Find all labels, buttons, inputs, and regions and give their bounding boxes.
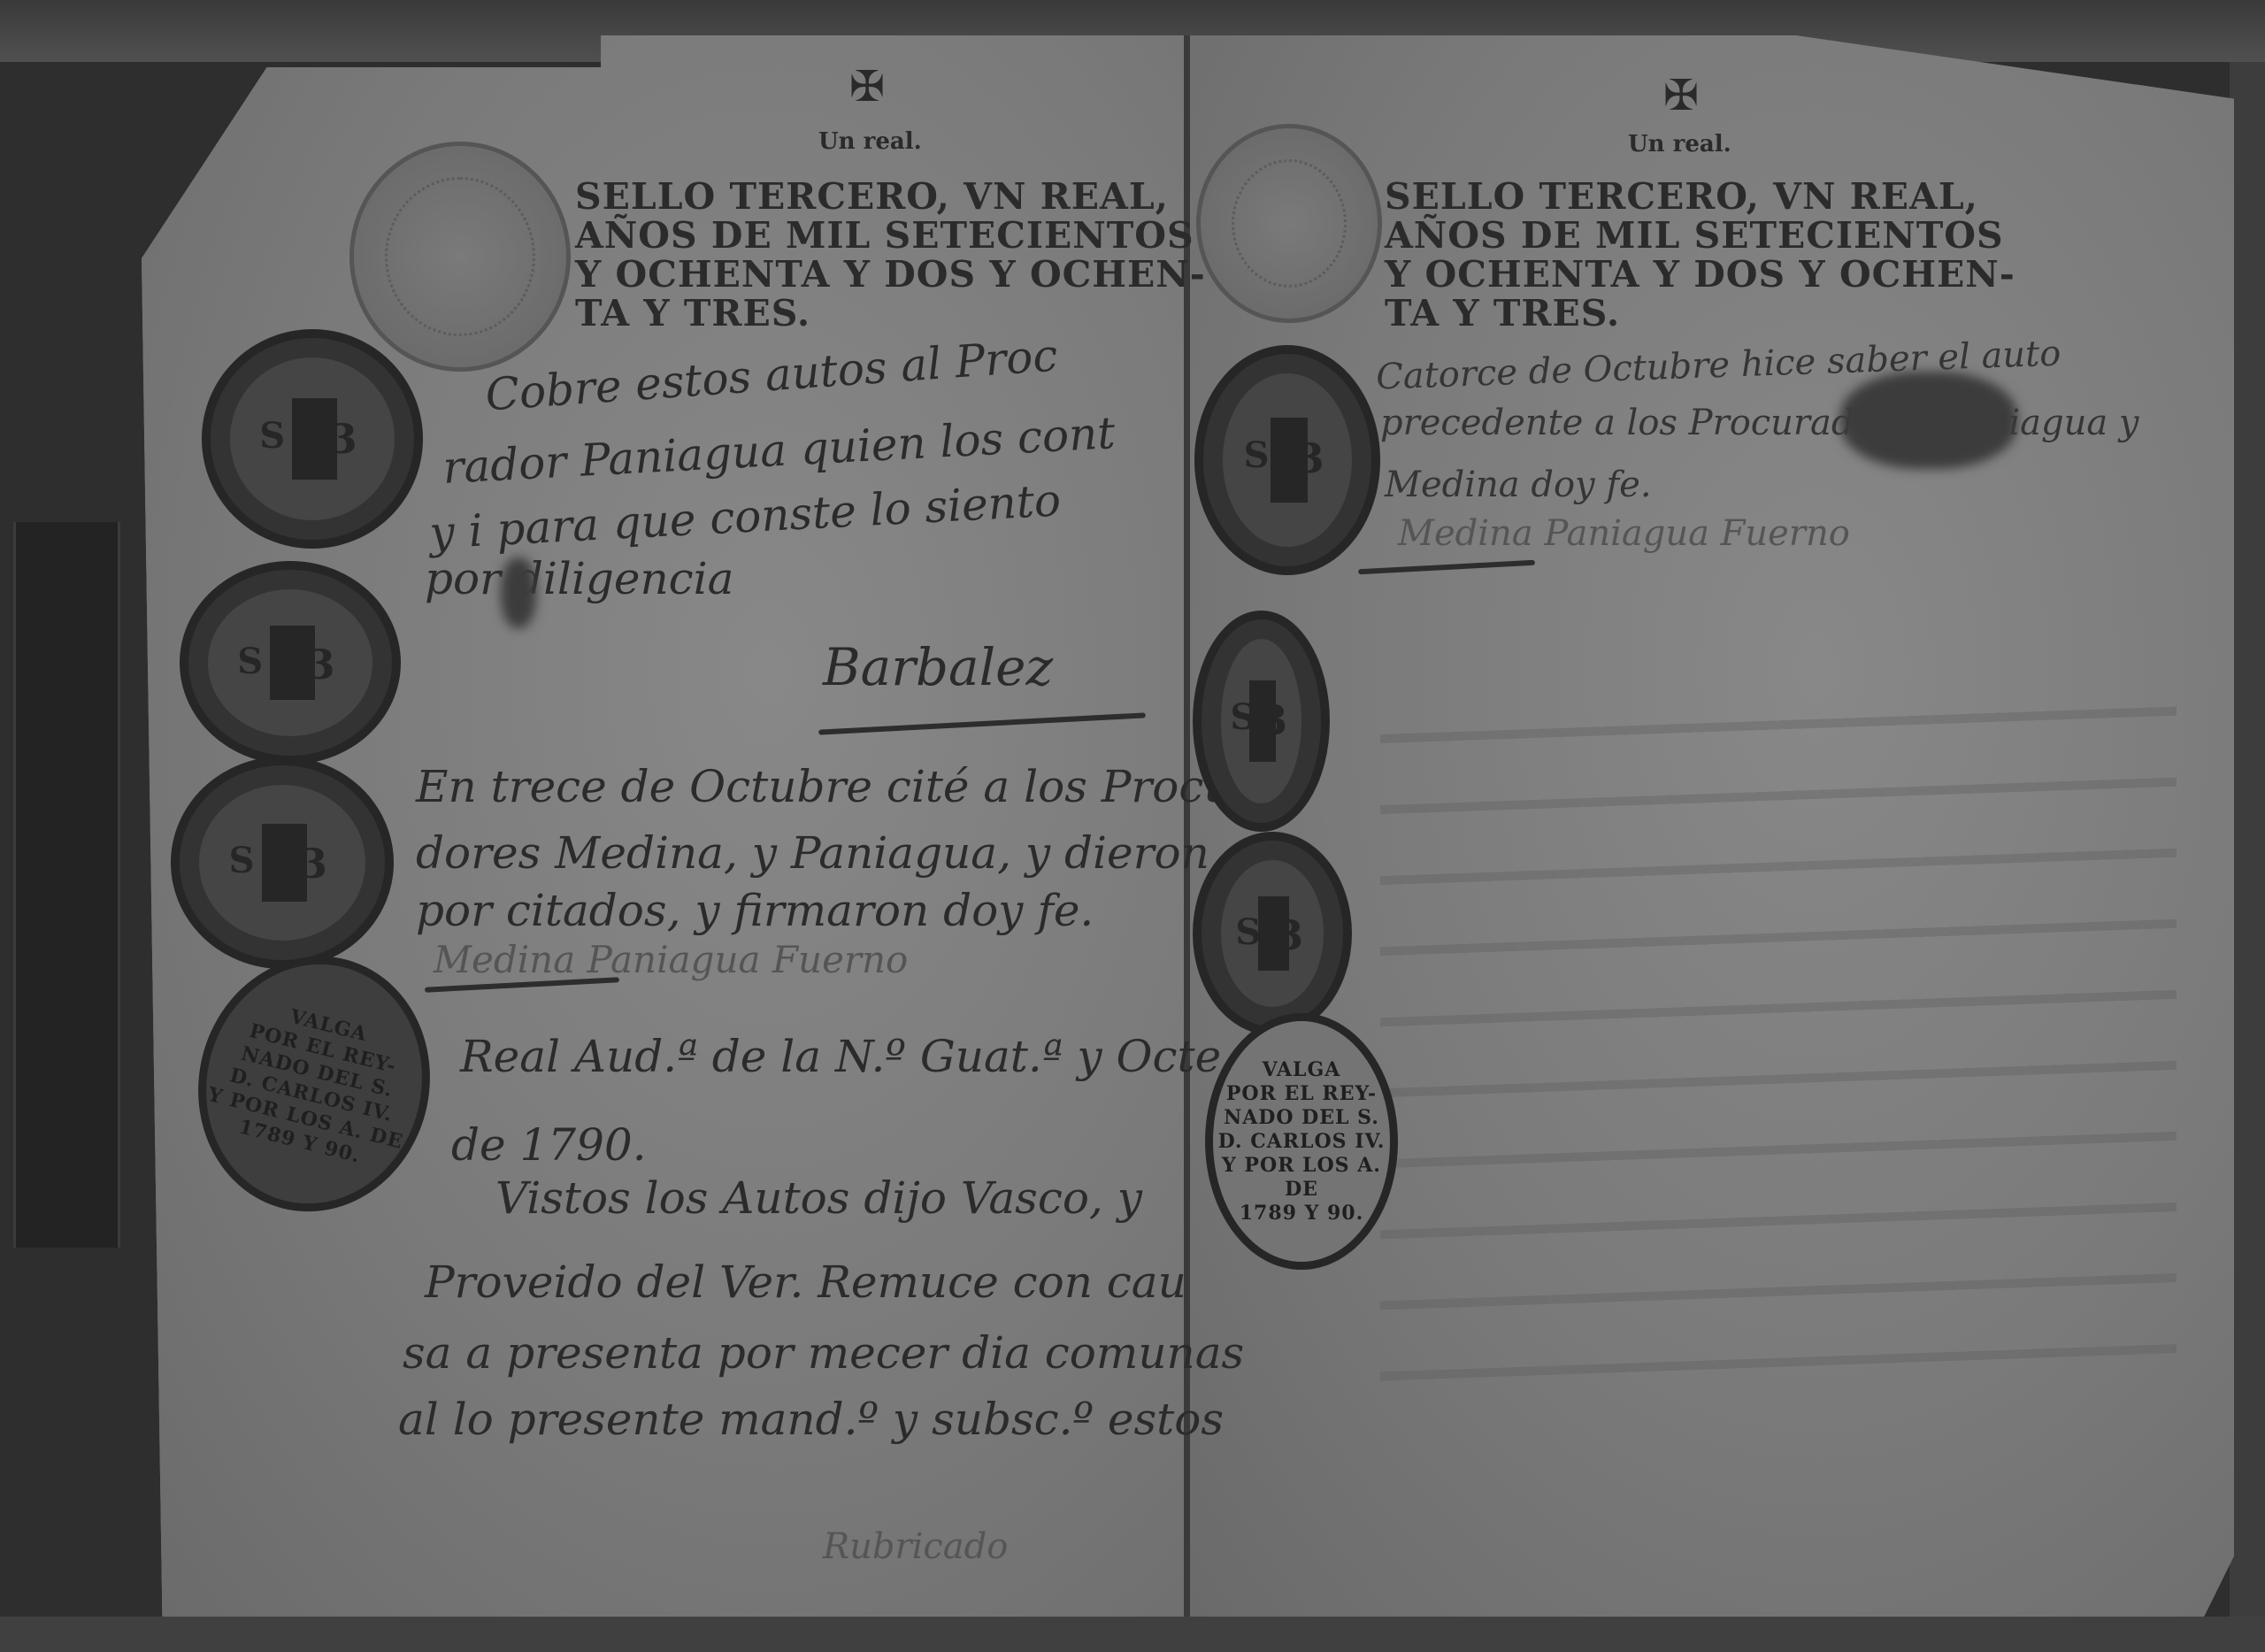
tax-stamp-round: S 3 [1193,832,1352,1035]
sello-header: SELLO TERCERO, VN REAL, AÑOS DE MIL SETE… [575,177,1206,333]
handwriting-line: Proveido del Ver. Remuce con cau [425,1256,1186,1308]
sello-header: SELLO TERCERO, VN REAL, AÑOS DE MIL SETE… [1385,177,2015,333]
handwriting-line: al lo presente mand.º y subsc.º estos [398,1394,1224,1445]
handwriting-line: precedente a los Procuradores Paniagua y [1380,403,2139,443]
handwriting-line: Vistos los Autos dijo Vasco, y [495,1172,1142,1224]
signatures-line: Medina Paniagua Fuerno [434,938,908,981]
rubric-signature: Rubricado [823,1526,1008,1567]
signatures-line: Medina Paniagua Fuerno [1398,513,1850,554]
handwriting-line: sa a presenta por mecer dia comunas [403,1327,1244,1379]
ink-blot [1840,372,2017,469]
tax-stamp-round: S 3 [171,757,394,969]
ink-blot [501,557,536,628]
cross-icon: ✠ [849,62,885,111]
tax-stamp-round: S 3 [180,561,401,765]
tax-stamp-round: S 3 [1194,345,1380,575]
tax-stamp-round: S 3 [202,329,423,549]
faint-bleedthrough-text [1380,672,2177,1398]
film-frame-bottom [0,1617,2265,1652]
royal-seal-faint [349,142,571,372]
archive-edge-label-text [34,540,96,1230]
archive-edge-label [13,522,120,1248]
handwriting-line: Real Aud.ª de la N.º Guat.ª y Octe [460,1031,1221,1082]
tax-stamp-round: S 3 [1193,611,1330,832]
denomination-label: Un real. [1628,131,1731,158]
handwriting-line: En trece de Octubre cité a los Procura [416,761,1279,812]
valga-oval-stamp: VALGA POR EL REY- NADO DEL S. D. CARLOS … [1205,1013,1398,1270]
cross-icon: ✠ [1663,71,1699,120]
royal-seal-faint [1196,124,1382,323]
handwriting-line: por citados, y firmaron doy fe. [416,885,1094,936]
handwriting-line: por diligencia [425,553,734,604]
signature-barbalez: Barbalez [823,637,1053,697]
handwriting-line: Medina doy fe. [1385,465,1652,505]
handwriting-line: dores Medina, y Paniagua, y dieron [416,827,1209,879]
denomination-label: Un real. [818,128,922,155]
handwriting-line: de 1790. [451,1119,647,1171]
film-frame-right [2230,62,2265,1652]
